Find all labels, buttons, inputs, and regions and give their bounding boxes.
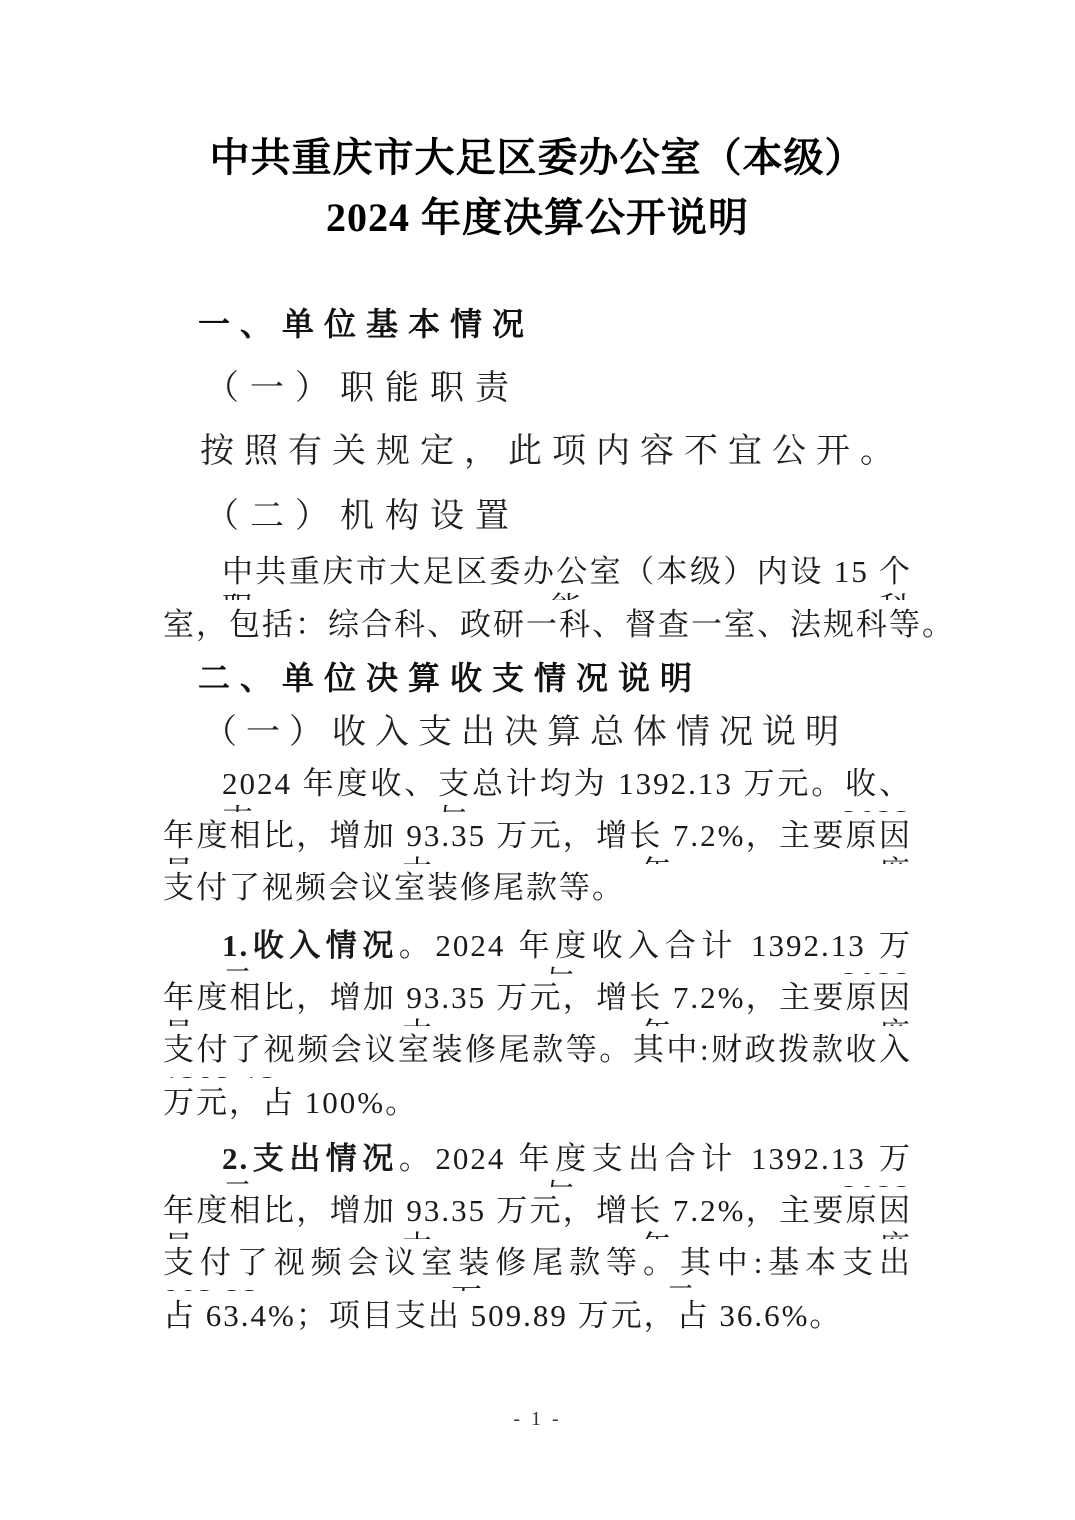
income-paragraph-line-3: 支付了视频会议室装修尾款等。其中:财政拨款收入 1392.13 — [163, 1032, 912, 1078]
expense-lead-label: 2.支出情况 — [222, 1141, 399, 1176]
expense-paragraph-line-2: 年度相比，增加 93.35 万元，增长 7.2%，主要原因是本年度 — [163, 1193, 912, 1239]
paragraph-org-setup-line-2: 室，包括：综合科、政研一科、督查一室、法规科等。 — [163, 607, 955, 644]
paragraph-overview-line-1: 2024 年度收、支总计均为 1392.13 万元。收、支与 2023 — [222, 766, 912, 812]
income-paragraph-line-2: 年度相比，增加 93.35 万元，增长 7.2%，主要原因是本年度 — [163, 980, 912, 1026]
expense-paragraph-line-4: 占 63.4%；项目支出 509.89 万元，占 36.6%。 — [163, 1298, 842, 1335]
paragraph-functions-duties: 按照有关规定，此项内容不宜公开。 — [200, 432, 904, 472]
section-1-heading: 一、单位基本情况 — [198, 306, 534, 344]
income-paragraph-line-4: 万元，占 100%。 — [163, 1085, 418, 1122]
paragraph-overview-line-2: 年度相比，增加 93.35 万元，增长 7.2%，主要原因是本年度 — [163, 818, 912, 864]
income-lead-label: 1.收入情况 — [222, 928, 399, 963]
expense-paragraph-line-1: 2.支出情况。2024 年度支出合计 1392.13 万元，与 2023 — [222, 1141, 912, 1187]
subsection-2-1-heading: （一）收入支出决算总体情况说明 — [203, 713, 848, 753]
document-title-line-2: 2024 年度决算公开说明 — [0, 194, 1075, 241]
page-number: - 1 - — [0, 1408, 1075, 1432]
paragraph-overview-line-3: 支付了视频会议室装修尾款等。 — [163, 870, 625, 907]
expense-paragraph-line-3: 支付了视频会议室装修尾款等。其中:基本支出 882.23 万元， — [163, 1245, 912, 1291]
subsection-1-1-heading: （一）职能职责 — [205, 369, 520, 409]
document-title-line-1: 中共重庆市大足区委办公室（本级） — [0, 134, 1075, 181]
income-paragraph-line-1: 1.收入情况。2024 年度收入合计 1392.13 万元，与 2023 — [222, 928, 912, 974]
document-page: 中共重庆市大足区委办公室（本级） 2024 年度决算公开说明 一、单位基本情况 … — [0, 0, 1075, 1520]
paragraph-org-setup-line-1: 中共重庆市大足区委办公室（本级）内设 15 个职能科 — [222, 554, 912, 600]
section-2-heading: 二、单位决算收支情况说明 — [198, 660, 702, 698]
subsection-1-2-heading: （二）机构设置 — [205, 497, 520, 537]
